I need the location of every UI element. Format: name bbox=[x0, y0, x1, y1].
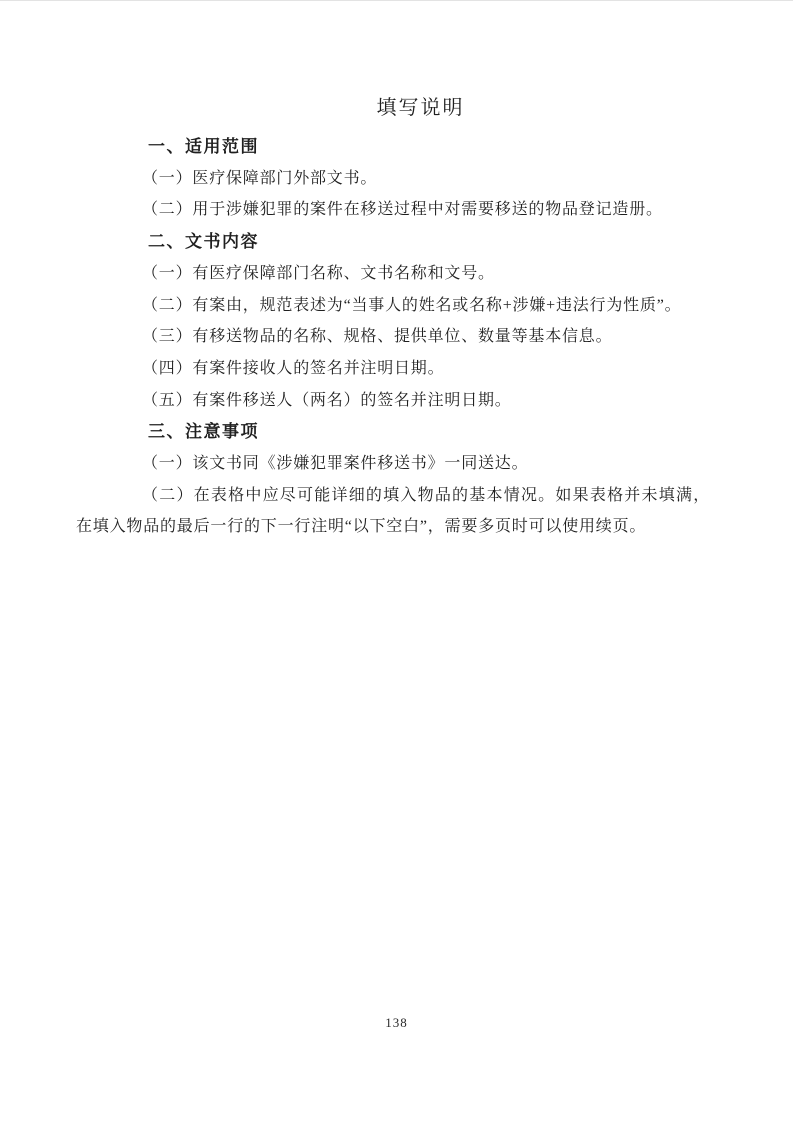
document-body: 一、适用范围 （一）医疗保障部门外部文书。 （二）用于涉嫌犯罪的案件在移送过程中… bbox=[0, 131, 793, 543]
section-content: 二、文书内容 （一）有医疗保障部门名称、文书名称和文号。 （二）有案由，规范表述… bbox=[76, 226, 710, 416]
paragraph: （二）用于涉嫌犯罪的案件在移送过程中对需要移送的物品登记造册。 bbox=[76, 194, 710, 226]
page-number: 138 bbox=[0, 1015, 793, 1031]
paragraph: （二）有案由，规范表述为“当事人的姓名或名称+涉嫌+违法行为性质”。 bbox=[76, 290, 710, 322]
paragraph: （二）在表格中应尽可能详细的填入物品的基本情况。如果表格并未填满，在填入物品的最… bbox=[76, 480, 710, 543]
paragraph: （一）有医疗保障部门名称、文书名称和文号。 bbox=[76, 258, 710, 290]
paragraph: （四）有案件接收人的签名并注明日期。 bbox=[76, 353, 710, 385]
page-title: 填写说明 bbox=[48, 96, 793, 120]
paragraph: （一）该文书同《涉嫌犯罪案件移送书》一同送达。 bbox=[76, 448, 710, 480]
document-page: 填写说明 一、适用范围 （一）医疗保障部门外部文书。 （二）用于涉嫌犯罪的案件在… bbox=[0, 0, 793, 1122]
section-heading: 一、适用范围 bbox=[76, 131, 710, 163]
paragraph: （一）医疗保障部门外部文书。 bbox=[76, 163, 710, 195]
section-notes: 三、注意事项 （一）该文书同《涉嫌犯罪案件移送书》一同送达。 （二）在表格中应尽… bbox=[76, 416, 710, 543]
section-scope: 一、适用范围 （一）医疗保障部门外部文书。 （二）用于涉嫌犯罪的案件在移送过程中… bbox=[76, 131, 710, 226]
paragraph: （五）有案件移送人（两名）的签名并注明日期。 bbox=[76, 385, 710, 417]
paragraph: （三）有移送物品的名称、规格、提供单位、数量等基本信息。 bbox=[76, 321, 710, 353]
section-heading: 三、注意事项 bbox=[76, 416, 710, 448]
section-heading: 二、文书内容 bbox=[76, 226, 710, 258]
